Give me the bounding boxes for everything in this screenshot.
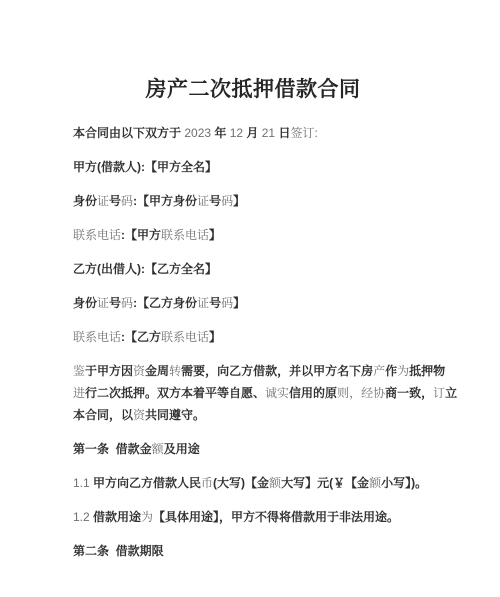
muted-text-run: 币 (201, 476, 213, 490)
text-run: 第一条 借款金 (73, 442, 152, 456)
muted-text-run: 进 (73, 386, 85, 400)
text-run: 行二次抵押。双方本着平等自愿、 (85, 386, 265, 400)
document-blocks: 本合同由以下双方于 2023 年 12 月 21 日签订:甲方(借款人):【甲方… (73, 122, 433, 562)
contract-page: 房产二次抵押借款合同 本合同由以下双方于 2023 年 12 月 21 日签订:… (0, 0, 500, 597)
text-run: 月 (243, 126, 262, 140)
party-a-name-line: 甲方(借款人):【甲方全名】 (73, 156, 433, 178)
muted-text-run: 产 (373, 364, 385, 378)
clause-1-2-line: 1.2 借款用途为【具体用途】，甲方不得将借款用于非法用途。 (73, 506, 433, 528)
muted-text-run: 码 (121, 194, 133, 208)
text-run: 商一致， (385, 386, 433, 400)
signing-date-line: 本合同由以下双方于 2023 年 12 月 21 日签订: (73, 122, 433, 144)
muted-text-run: 码 (221, 194, 233, 208)
text-run: 共同遵守。 (145, 408, 205, 422)
article-1-heading: 第一条 借款金额及用途 (73, 438, 433, 460)
text-run: :【甲方身份 (133, 194, 197, 208)
preamble-paragraph: 鉴于甲方因资金周转需要，向乙方借款，并以甲方名下房产作为抵押物 进行二次抵押。双… (73, 360, 433, 426)
muted-text-run: 21 (262, 126, 275, 140)
text-run: 本合同由以下双方于 (73, 126, 184, 140)
muted-text-run: 2023 (184, 126, 211, 140)
text-run: 】 (233, 194, 245, 208)
muted-text-run: 为 (141, 510, 153, 524)
text-run: 号 (109, 296, 121, 310)
text-run: 信用的原 (289, 386, 337, 400)
text-run: 需要，向乙方借款，并以甲方名下房 (181, 364, 373, 378)
muted-text-run: 1.1 (73, 476, 93, 490)
muted-text-run: 转 (169, 364, 181, 378)
muted-text-run: 12 (230, 126, 243, 140)
text-run: 号 (109, 194, 121, 208)
muted-text-run: 码 (221, 296, 233, 310)
muted-text-run: 鉴 (73, 364, 85, 378)
text-run: 大写】元(￥【金 (281, 476, 369, 490)
article-2-heading: 第二条 借款期限 (73, 540, 433, 562)
muted-text-run: 证 (97, 296, 109, 310)
muted-text-run: 联系电话 (73, 330, 121, 344)
clause-1-1-line: 1.1 甲方向乙方借款人民币(大写)【金额大写】元(￥【金额小写】)。 (73, 472, 433, 494)
document-body: 房产二次抵押借款合同 本合同由以下双方于 2023 年 12 月 21 日签订:… (0, 0, 500, 562)
text-run: 身份 (73, 194, 97, 208)
text-run: 【具体用途】，甲方不得将借款用于非法用途。 (153, 510, 399, 524)
party-b-name-line: 乙方(出借人):【乙方全名】 (73, 258, 433, 280)
text-run: 金周 (145, 364, 169, 378)
text-run: 】 (209, 330, 221, 344)
muted-text-run: 1.2 (73, 510, 93, 524)
party-b-phone-line: 联系电话:【乙方联系电话】 (73, 326, 433, 348)
muted-text-run: 诚实 (265, 386, 289, 400)
text-run: 】 (233, 296, 245, 310)
muted-text-run: 证 (97, 194, 109, 208)
muted-text-run: 联系电话 (73, 228, 121, 242)
muted-text-run: 码 (121, 296, 133, 310)
muted-text-run: 签订: (290, 126, 317, 140)
text-run: 号 (209, 296, 221, 310)
muted-text-run: 资 (133, 364, 145, 378)
document-title: 房产二次抵押借款合同 (73, 78, 433, 102)
text-run: 借款用途 (93, 510, 141, 524)
party-a-phone-line: 联系电话:【甲方联系电话】 (73, 224, 433, 246)
text-run: 小写】)。 (381, 476, 427, 490)
text-run: 年 (211, 126, 230, 140)
text-run: :【乙方 (121, 330, 161, 344)
muted-text-run: 证 (197, 296, 209, 310)
text-run: 抵押物 (409, 364, 445, 378)
text-run: 】 (209, 228, 221, 242)
text-run: 乙方(出借人):【乙方全名】 (73, 262, 217, 276)
muted-text-run: 额 (269, 476, 281, 490)
text-run: (大写)【金 (213, 476, 269, 490)
text-run: 甲方(借款人):【甲方全名】 (73, 160, 217, 174)
muted-text-run: 额 (369, 476, 381, 490)
party-b-id-line: 身份证号码:【乙方身份证号码】 (73, 292, 433, 314)
text-run: 日 (275, 126, 290, 140)
muted-text-run: 额 (152, 442, 164, 456)
party-a-id-line: 身份证号码:【甲方身份证号码】 (73, 190, 433, 212)
muted-text-run: 联系电话 (161, 330, 209, 344)
muted-text-run: 联系电话 (161, 228, 209, 242)
muted-text-run: 订 (433, 386, 445, 400)
text-run: 身份 (73, 296, 97, 310)
text-run: 于甲方因 (85, 364, 133, 378)
text-run: :【甲方 (121, 228, 161, 242)
text-run: 第二条 借款期限 (73, 544, 164, 558)
muted-text-run: 证 (197, 194, 209, 208)
text-run: 甲方向乙方借款人民 (93, 476, 201, 490)
text-run: 作 (385, 364, 397, 378)
text-run: :【乙方身份 (133, 296, 197, 310)
text-run: 号 (209, 194, 221, 208)
muted-text-run: 则，经协 (337, 386, 385, 400)
text-run: 及用途 (164, 442, 200, 456)
muted-text-run: 资 (133, 408, 145, 422)
muted-text-run: 为 (397, 364, 409, 378)
